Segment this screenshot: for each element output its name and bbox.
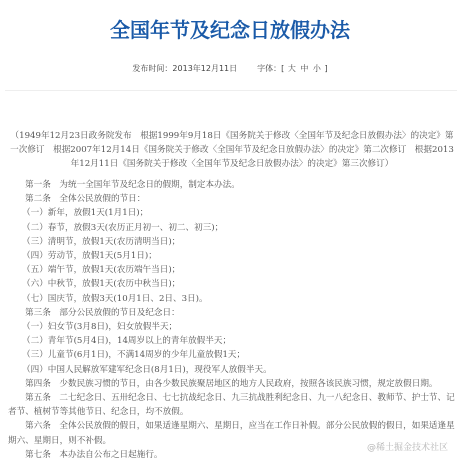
article-4: 第四条 少数民族习惯的节日，由各少数民族聚居地区的地方人民政府，按照各该民族习惯… [8,377,456,391]
article-3-item: （三）儿童节(6月1日)，不满14周岁的少年儿童放假1天； [8,348,456,362]
publish-label: 发布时间： [132,64,172,73]
font-size-medium-button[interactable]: 中 [300,64,308,73]
revision-preamble: （1949年12月23日政务院发布 根据1999年9月18日《国务院关于修改〈全… [8,129,456,171]
article-2-item: （四）劳动节，放假1天(5月1日)； [8,249,456,263]
article-3-item: （二）青年节(5月4日)，14周岁以上的青年放假半天； [8,334,456,348]
article-2-item: （七）国庆节，放假3天(10月1日、2日、3日)。 [8,292,456,306]
article-2: 第二条 全体公民放假的节日： [8,192,456,206]
article-5: 第五条 二七纪念日、五卅纪念日、七七抗战纪念日、九三抗战胜利纪念日、九一八纪念日… [8,391,456,419]
publish-date: 2013年12月11日 [172,64,237,73]
watermark: @稀土掘金技术社区 [367,440,448,453]
article-2-item: （五）端午节，放假1天(农历端午当日)； [8,263,456,277]
article-meta: 发布时间：2013年12月11日字体：[ 大 中 小 ] [0,63,460,75]
font-size-large-button[interactable]: 大 [288,64,296,73]
article-2-item: （三）清明节，放假1天(农历清明当日)； [8,235,456,249]
article-3: 第三条 部分公民放假的节日及纪念日： [8,306,456,320]
font-size-label: 字体： [257,64,281,73]
font-size-small-button[interactable]: 小 [313,64,321,73]
article-body: 第一条 为统一全国年节及纪念日的假期，制定本办法。 第二条 全体公民放假的节日：… [8,178,456,460]
article-2-item: （六）中秋节，放假1天(农历中秋当日)； [8,277,456,291]
article-1: 第一条 为统一全国年节及纪念日的假期，制定本办法。 [8,178,456,192]
bracket-close: ] [324,64,327,73]
article-2-item: （二）春节，放假3天(农历正月初一、初二、初三)； [8,221,456,235]
article-3-item: （一）妇女节(3月8日)，妇女放假半天； [8,320,456,334]
article-3-item: （四）中国人民解放军建军纪念日(8月1日)，现役军人放假半天。 [8,363,456,377]
bracket-open: [ [281,64,284,73]
header-divider [5,90,457,91]
page-title: 全国年节及纪念日放假办法 [0,17,460,43]
article-2-item: （一）新年，放假1天(1月1日)； [8,206,456,220]
